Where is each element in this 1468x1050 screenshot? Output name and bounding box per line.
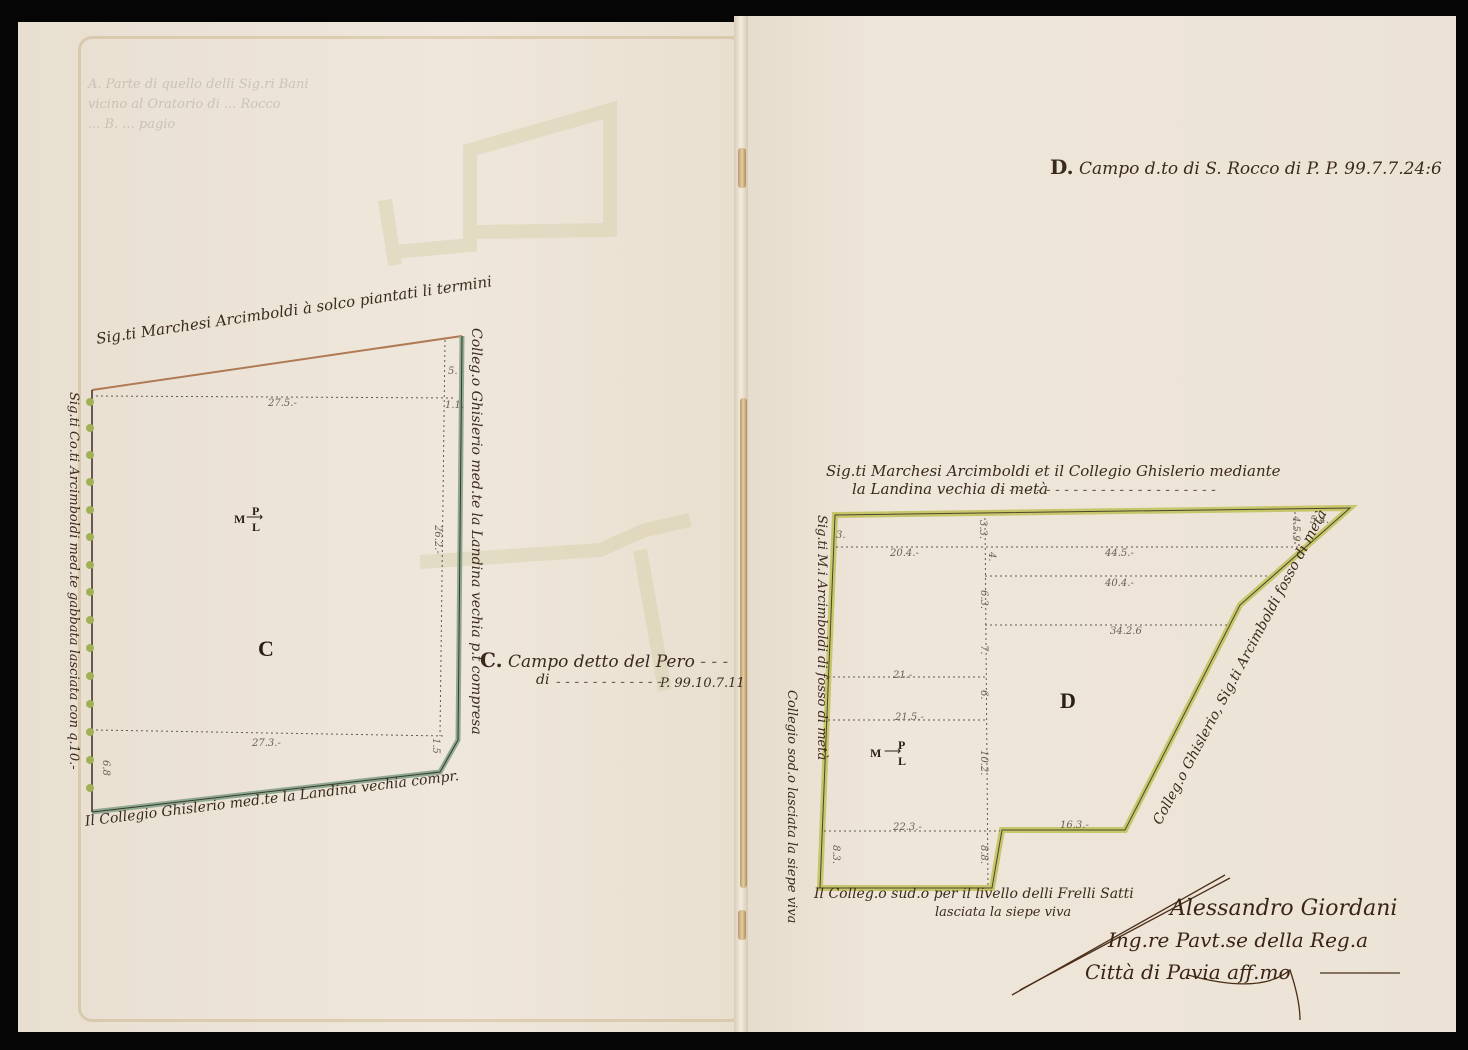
measurement: 6.3. [978, 590, 989, 609]
measurement: 5.4. [1310, 515, 1329, 526]
parcel-c-title: C. Campo detto del Pero - - - [480, 648, 728, 672]
measurement: 1.1. [445, 400, 464, 411]
compass-rose: M P L ⟶ [870, 746, 881, 761]
parcel-d-south-boundary-label-2: lasciata la siepe viva [935, 905, 1071, 920]
compass-rose: M P L ⟶ [234, 512, 245, 527]
parcel-c-title-letter: C. [480, 648, 503, 672]
parcel-d-letter: D [1060, 688, 1076, 714]
parcel-d-west-boundary-label-2: Collegio sod.o lasciata la siepe viva [784, 690, 799, 923]
parcel-c-east-boundary-label: Colleg.o Ghislerio med.te la Landina vec… [468, 328, 484, 735]
measurement: 8.8. [978, 845, 989, 864]
parcel-c-title-line2: di [536, 672, 549, 688]
measurement: 4. [986, 552, 997, 562]
measurement: 3.3. [977, 520, 988, 539]
measurement: 4.5.9 [1290, 516, 1301, 541]
measurement: 8.3. [830, 845, 841, 864]
compass-m: M [870, 746, 881, 760]
measurement: 26.2.- [432, 525, 443, 554]
signature-name: Alessandro Giordani [1170, 896, 1397, 921]
parcel-d-south-boundary-label: Il Colleg.o sud.o per il livello delli F… [814, 886, 1134, 902]
parcel-c-area-value: P. 99.10.7.11 [660, 676, 745, 691]
parcel-c-letter: C [258, 636, 274, 662]
measurement: 27.3.- [252, 738, 281, 749]
signature-title: Ing.re Pavt.se della Reg.a [1108, 928, 1368, 952]
measurement: 10.2. [978, 750, 989, 775]
compass-arrow-icon: ⟶ [246, 510, 263, 525]
parcel-d-west-boundary-label: Sig.ti M.i Arcimboldi di fosso di metà [814, 515, 829, 760]
measurement: 6. [978, 690, 989, 700]
measurement: 3. [836, 530, 846, 541]
measurement: 21.5.- [895, 712, 924, 723]
measurement: 34.2.6 [1110, 626, 1142, 637]
parcel-c-title-text: Campo detto del Pero [508, 652, 695, 672]
compass-m: M [234, 512, 245, 526]
parcel-d-header: D. Campo d.to di S. Rocco di P. P. 99.7.… [1050, 155, 1442, 179]
measurement: 5. [448, 366, 458, 377]
dotted-leader: - - - - - - - - - - - - [556, 674, 662, 690]
compass-arrow-icon: ⟶ [884, 744, 901, 759]
dotted-leader: - - - - - - - - - - - - - - - - - - - - … [1000, 482, 1216, 498]
measurement: 27.5.- [268, 398, 297, 409]
measurement: 21.- [893, 670, 912, 681]
measurement: 1.5 [430, 738, 441, 754]
measurement: 6.8 [100, 760, 111, 776]
measurement: 20.4.- [890, 548, 919, 559]
parcel-d-area-value: P. 99.7.7.24:6 [1325, 159, 1441, 179]
measurement: 44.5.- [1105, 548, 1134, 559]
measurement: 40.4.- [1105, 578, 1134, 589]
parcel-d-north-boundary-label-1: Sig.ti Marchesi Arcimboldi et il Collegi… [826, 462, 1281, 480]
signature-city: Città di Pavia aff.mo [1085, 960, 1291, 984]
parcel-c-west-boundary-label: Sig.ti Co.ti Arcimboldi med.te gabbata l… [66, 392, 81, 770]
parcel-d-header-text: Campo d.to di S. Rocco di P. [1079, 159, 1320, 179]
measurement: 16.3.- [1060, 820, 1089, 831]
parcel-d-header-letter: D. [1050, 155, 1074, 179]
measurement: 22.3.- [893, 822, 922, 833]
measurement: 7. [978, 645, 989, 655]
